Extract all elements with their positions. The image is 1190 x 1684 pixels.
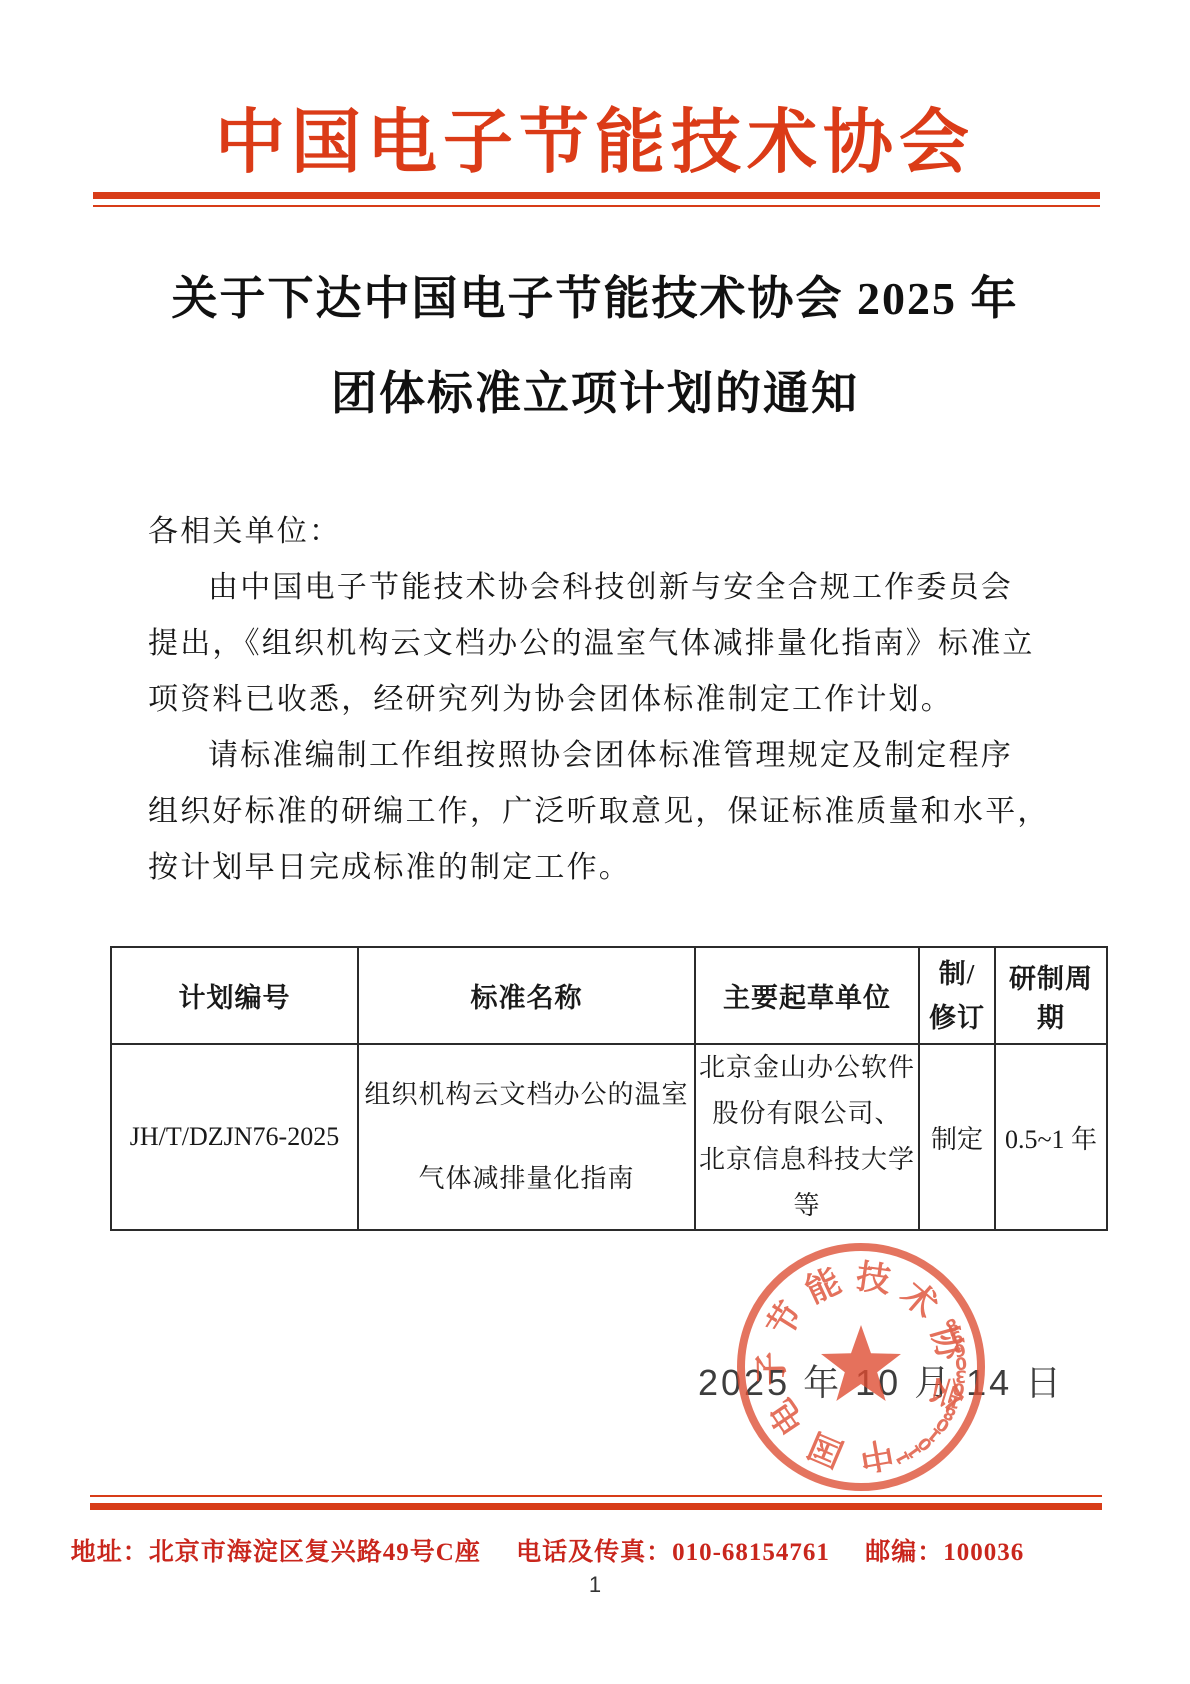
- footer-contact-line: 地址：北京市海淀区复兴路49号C座 电话及传真：010-68154761 邮编：…: [0, 1532, 1095, 1568]
- doc-title-line1: 关于下达中国电子节能技术协会 2025 年: [0, 262, 1190, 328]
- salutation: 各相关单位：: [148, 506, 1048, 550]
- body-text-line: 项资料已收悉，经研究列为协会团体标准制定工作计划。: [148, 674, 1048, 718]
- official-seal-stamp: 中国电子节能技术协会1101081030698: [726, 1232, 996, 1502]
- col-header-type: 制/ 修订: [919, 947, 995, 1044]
- svg-text:技: 技: [854, 1258, 893, 1300]
- body-text-line: 由中国电子节能技术协会科技创新与安全合规工作委员会: [208, 562, 1108, 606]
- standards-plan-table: 计划编号 标准名称 主要起草单位 制/ 修订 研制周期 JH/T/DZJN76-…: [110, 946, 1108, 1231]
- col-header-period: 研制周期: [995, 947, 1107, 1044]
- footer-postal-code: 邮编：100036: [865, 1539, 1024, 1566]
- stamp-svg: 中国电子节能技术协会1101081030698: [726, 1232, 996, 1502]
- svg-text:电: 电: [762, 1392, 813, 1441]
- svg-text:节: 节: [760, 1295, 810, 1344]
- footer-rule-thick: [90, 1503, 1102, 1510]
- org-header-title: 中国电子节能技术协会: [0, 86, 1190, 187]
- svg-text:术: 术: [894, 1274, 945, 1325]
- cell-drafting-units: 北京金山办公软件 股份有限公司、 北京信息科技大学 等: [695, 1044, 919, 1230]
- svg-text:子: 子: [754, 1351, 792, 1386]
- body-text-line: 请标准编制工作组按照协会团体标准管理规定及制定程序: [208, 730, 1108, 774]
- body-text-line: 组织好标准的研编工作，广泛听取意见，保证标准质量和水平，: [148, 786, 1048, 830]
- cell-plan-no: JH/T/DZJN76-2025: [111, 1044, 358, 1230]
- cell-period: 0.5~1 年: [995, 1044, 1107, 1230]
- table-row: JH/T/DZJN76-2025 组织机构云文档办公的温室 气体减排量化指南 北…: [111, 1044, 1107, 1230]
- document-page: 中国电子节能技术协会 关于下达中国电子节能技术协会 2025 年 团体标准立项计…: [0, 0, 1190, 1684]
- header-rule-thick: [93, 192, 1100, 199]
- svg-text:能: 能: [800, 1261, 847, 1311]
- doc-title-line2: 团体标准立项计划的通知: [0, 357, 1190, 423]
- col-header-standard-name: 标准名称: [358, 947, 695, 1044]
- body-text-line: 提出，《组织机构云文档办公的温室气体减排量化指南》标准立: [148, 618, 1048, 662]
- footer-address: 地址：北京市海淀区复兴路49号C座: [71, 1539, 481, 1566]
- header-rule-thin: [93, 205, 1100, 207]
- cell-type: 制定: [919, 1044, 995, 1230]
- table-header-row: 计划编号 标准名称 主要起草单位 制/ 修订 研制周期: [111, 947, 1107, 1044]
- svg-text:国: 国: [803, 1425, 849, 1473]
- footer-phone-fax: 电话及传真：010-68154761: [516, 1539, 830, 1566]
- svg-text:中: 中: [856, 1433, 896, 1476]
- cell-standard-name: 组织机构云文档办公的温室 气体减排量化指南: [358, 1044, 695, 1230]
- col-header-plan-no: 计划编号: [111, 947, 358, 1044]
- col-header-drafting-units: 主要起草单位: [695, 947, 919, 1044]
- body-text-line: 按计划早日完成标准的制定工作。: [148, 842, 1048, 886]
- page-number: 1: [0, 1572, 1190, 1598]
